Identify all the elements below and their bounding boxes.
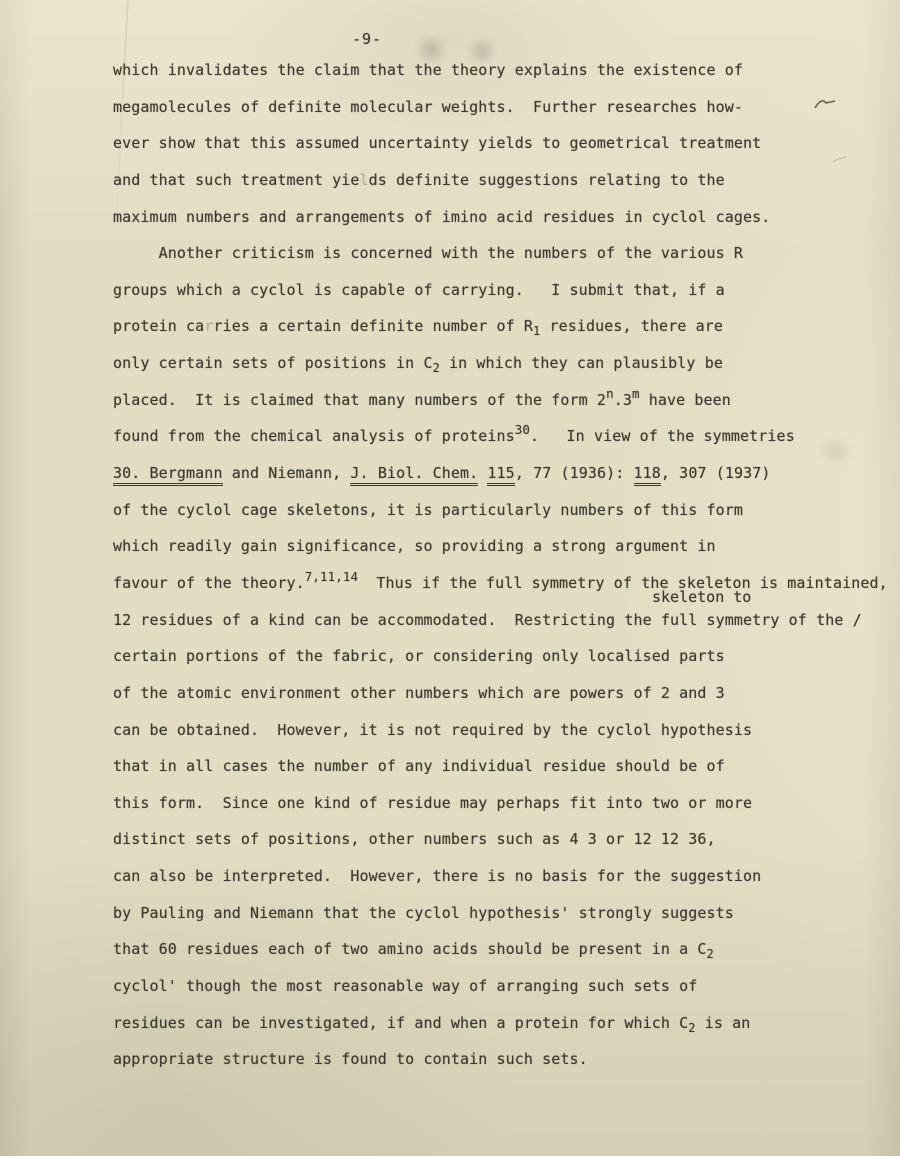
text-segment-sub: 1 (533, 324, 540, 338)
typewritten-line: residues can be investigated, if and whe… (113, 1014, 900, 1051)
text-segment: of the atomic environment other numbers … (113, 684, 725, 702)
text-segment: certain portions of the fabric, or consi… (113, 647, 725, 665)
text-segment: ries a certain definite number of R (213, 317, 533, 335)
paper-smudge (413, 36, 449, 64)
text-segment-sub: 2 (433, 361, 440, 375)
text-segment: ever show that this assumed uncertainty … (113, 134, 761, 152)
text-segment: , 77 (1936): (515, 464, 634, 482)
text-segment: maximum numbers and arrangements of imin… (113, 208, 770, 226)
text-segment-u2: 115 (487, 464, 514, 486)
typewritten-line: of the cyclol cage skeletons, it is part… (113, 501, 900, 538)
typewritten-line: 12 residues of a kind can be accommodate… (113, 611, 900, 648)
typewritten-line: favour of the theory.7,11,14 Thus if the… (113, 574, 900, 611)
text-segment: cyclol' though the most reasonable way o… (113, 977, 697, 995)
typewritten-line: 30. Bergmann and Niemann, J. Biol. Chem.… (113, 464, 900, 501)
typewritten-line: of the atomic environment other numbers … (113, 684, 900, 721)
typewritten-line: only certain sets of positions in C2 in … (113, 354, 900, 391)
text-segment: can also be interpreted. However, there … (113, 867, 761, 885)
typewritten-line: that in all cases the number of any indi… (113, 757, 900, 794)
text-segment: appropriate structure is found to contai… (113, 1050, 588, 1068)
text-segment: only certain sets of positions in C (113, 354, 433, 372)
typewritten-line: appropriate structure is found to contai… (113, 1050, 900, 1087)
text-segment: Another criticism is concerned with the … (113, 244, 743, 262)
text-segment: favour of the theory. (113, 574, 305, 592)
typewritten-line: and that such treatment yields definite … (113, 171, 900, 208)
text-segment-u2: 118 (634, 464, 661, 486)
typewritten-line: placed. It is claimed that many numbers … (113, 391, 900, 428)
interline-correction: skeleton to (652, 588, 751, 606)
text-segment-sup: 30 (515, 422, 530, 437)
text-segment: , 307 (1937) (661, 464, 771, 482)
text-segment: is an (696, 1014, 751, 1032)
text-segment: can be obtained. However, it is not requ… (113, 721, 752, 739)
text-segment: by Pauling and Niemann that the cyclol h… (113, 904, 734, 922)
text-segment-sub: 2 (707, 947, 714, 961)
text-segment: and Niemann, (223, 464, 351, 482)
text-segment: which readily gain significance, so prov… (113, 537, 716, 555)
text-segment: that 60 residues each of two amino acids… (113, 940, 707, 958)
text-segment: found from the chemical analysis of prot… (113, 427, 515, 445)
text-segment: of the cyclol cage skeletons, it is part… (113, 501, 743, 519)
text-segment: . (614, 391, 623, 409)
text-segment: this form. Since one kind of residue may… (113, 794, 752, 812)
typewritten-line: distinct sets of positions, other number… (113, 830, 900, 867)
text-segment-sup: m (632, 386, 640, 401)
document-page: -9- which invalidates the claim that the… (0, 0, 900, 1156)
typewritten-line: can also be interpreted. However, there … (113, 867, 900, 904)
text-segment: distinct sets of positions, other number… (113, 830, 716, 848)
typewritten-line: found from the chemical analysis of prot… (113, 427, 900, 464)
text-segment-sup: 7,11,14 (305, 569, 358, 584)
text-segment: residues, there are (540, 317, 723, 335)
text-segment: 3 (623, 391, 632, 409)
typewritten-line: maximum numbers and arrangements of imin… (113, 208, 900, 245)
typewritten-line: groups which a cyclol is capable of carr… (113, 281, 900, 318)
text-segment-faint: l (360, 171, 369, 189)
text-segment-u2: 30. Bergmann (113, 464, 223, 486)
typewritten-line: cyclol' though the most reasonable way o… (113, 977, 900, 1014)
typewritten-line: which readily gain significance, so prov… (113, 537, 900, 574)
text-segment: ds definite suggestions relating to the (369, 171, 725, 189)
text-segment: residues can be investigated, if and whe… (113, 1014, 688, 1032)
text-segment: megamolecules of definite molecular weig… (113, 98, 743, 116)
typewritten-line: this form. Since one kind of residue may… (113, 794, 900, 831)
typewritten-line: ever show that this assumed uncertainty … (113, 134, 900, 171)
typewritten-line: megamolecules of definite molecular weig… (113, 98, 900, 135)
text-segment: in which they can plausibly be (440, 354, 723, 372)
text-segment: have been (640, 391, 731, 409)
typewritten-line: which invalidates the claim that the the… (113, 61, 900, 98)
text-segment: . In view of the symmetries (530, 427, 795, 445)
text-segment: that in all cases the number of any indi… (113, 757, 725, 775)
typewritten-line: certain portions of the fabric, or consi… (113, 647, 900, 684)
text-segment: which invalidates the claim that the the… (113, 61, 743, 79)
text-segment: groups which a cyclol is capable of carr… (113, 281, 725, 299)
typewritten-line: by Pauling and Niemann that the cyclol h… (113, 904, 900, 941)
text-segment: and that such treatment yie (113, 171, 360, 189)
text-segment: 12 residues of a kind can be accommodate… (113, 611, 862, 629)
typewritten-line: that 60 residues each of two amino acids… (113, 940, 900, 977)
page-number: -9- (352, 30, 382, 48)
document-body: which invalidates the claim that the the… (113, 61, 900, 1087)
typewritten-line: protein carries a certain definite numbe… (113, 317, 900, 354)
text-segment-u2: J. Biol. Chem. (350, 464, 478, 486)
text-segment: protein ca (113, 317, 204, 335)
text-segment-sup: n (606, 386, 614, 401)
text-segment: Thus if the full symmetry of the skeleto… (358, 574, 888, 592)
typewritten-line: Another criticism is concerned with the … (113, 244, 900, 281)
text-segment: placed. It is claimed that many numbers … (113, 391, 606, 409)
text-segment-sub: 2 (688, 1021, 695, 1035)
typewritten-line: can be obtained. However, it is not requ… (113, 721, 900, 758)
text-segment-faint: r (204, 317, 213, 335)
